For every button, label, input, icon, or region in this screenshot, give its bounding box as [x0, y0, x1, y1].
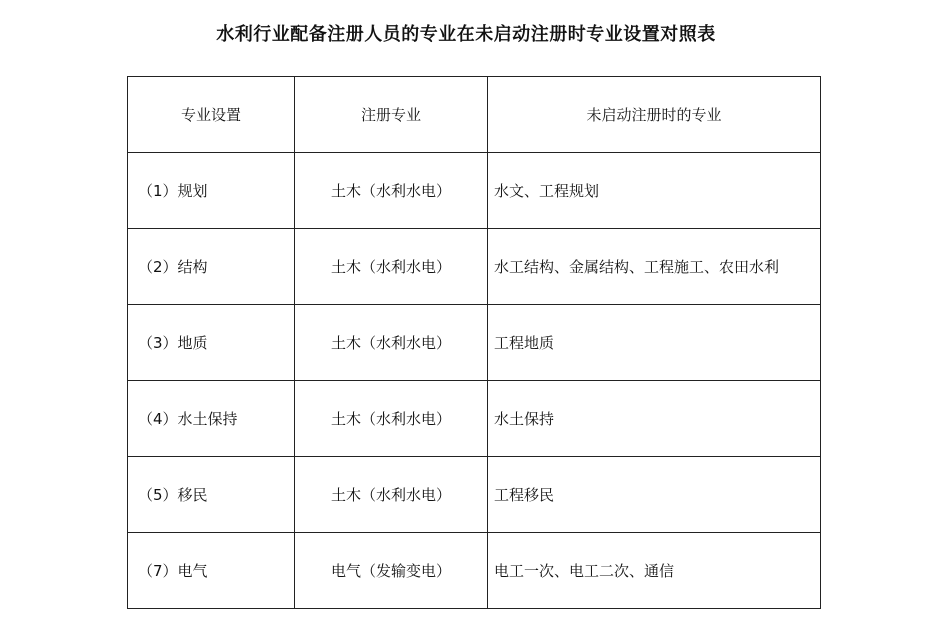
- table-row: （2）结构 土木（水利水电） 水工结构、金属结构、工程施工、农田水利: [128, 229, 821, 305]
- table-row: （4）水土保持 土木（水利水电） 水土保持: [128, 381, 821, 457]
- comparison-table: 专业设置 注册专业 未启动注册时的专业 （1）规划 土木（水利水电） 水文、工程…: [127, 76, 821, 609]
- header-registered: 注册专业: [295, 77, 488, 153]
- cell-category: （2）结构: [128, 229, 295, 305]
- header-previous: 未启动注册时的专业: [488, 77, 821, 153]
- cell-previous: 水文、工程规划: [488, 153, 821, 229]
- cell-previous: 工程移民: [488, 457, 821, 533]
- table-row: （7）电气 电气（发输变电） 电工一次、电工二次、通信: [128, 533, 821, 609]
- cell-previous: 水工结构、金属结构、工程施工、农田水利: [488, 229, 821, 305]
- table-row: （5）移民 土木（水利水电） 工程移民: [128, 457, 821, 533]
- cell-registered: 土木（水利水电）: [295, 381, 488, 457]
- cell-previous: 工程地质: [488, 305, 821, 381]
- cell-category: （4）水土保持: [128, 381, 295, 457]
- cell-category: （7）电气: [128, 533, 295, 609]
- table-row: （1）规划 土木（水利水电） 水文、工程规划: [128, 153, 821, 229]
- table-header-row: 专业设置 注册专业 未启动注册时的专业: [128, 77, 821, 153]
- document-title: 水利行业配备注册人员的专业在未启动注册时专业设置对照表: [0, 20, 932, 46]
- cell-registered: 土木（水利水电）: [295, 229, 488, 305]
- cell-category: （5）移民: [128, 457, 295, 533]
- cell-category: （3）地质: [128, 305, 295, 381]
- cell-previous: 电工一次、电工二次、通信: [488, 533, 821, 609]
- cell-registered: 电气（发输变电）: [295, 533, 488, 609]
- cell-registered: 土木（水利水电）: [295, 153, 488, 229]
- cell-registered: 土木（水利水电）: [295, 457, 488, 533]
- cell-registered: 土木（水利水电）: [295, 305, 488, 381]
- table-row: （3）地质 土木（水利水电） 工程地质: [128, 305, 821, 381]
- cell-category: （1）规划: [128, 153, 295, 229]
- cell-previous: 水土保持: [488, 381, 821, 457]
- header-category: 专业设置: [128, 77, 295, 153]
